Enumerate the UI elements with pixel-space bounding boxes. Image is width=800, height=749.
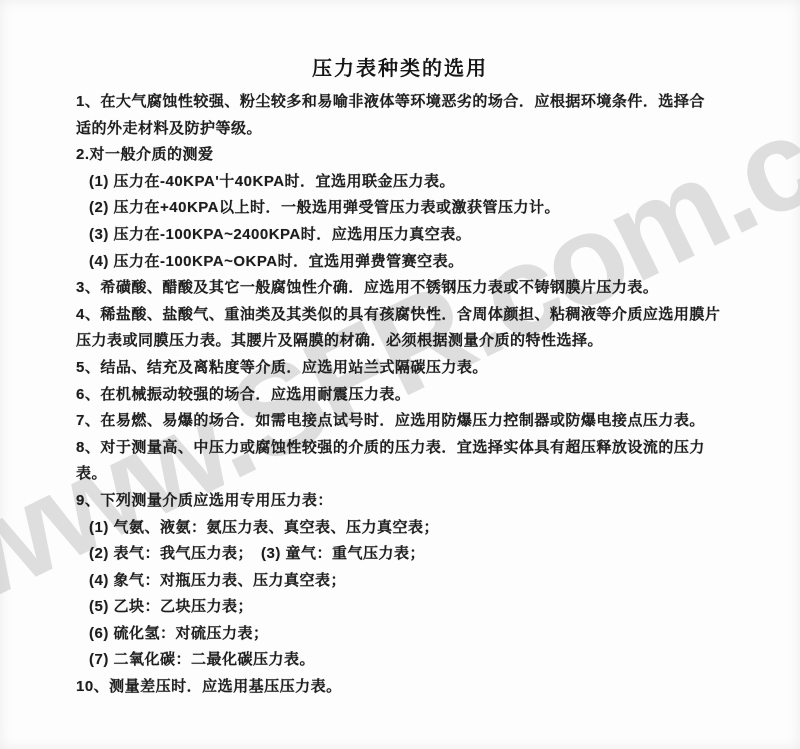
- paragraph-line: 8、对于测量高、中压力或腐蚀性较强的介质的压力表．宜选择实体具有超压释放设流的压…: [76, 435, 760, 462]
- paragraph-line: 6、在机械振动较强的场合．应选用耐震压力表。: [76, 382, 760, 409]
- paragraph-line: (1) 压力在-40KPA'十40KPA时．宜选用联金压力表。: [76, 169, 760, 196]
- document-lines: 1、在大气腐蚀性较强、粉尘较多和易喻非液体等环境恶劣的场合．应根据环境条件．选择…: [0, 89, 800, 701]
- paragraph-line: 5、结品、结充及离粘度等介质．应选用站兰式隔碳压力表。: [76, 355, 760, 382]
- paragraph-line: 1、在大气腐蚀性较强、粉尘较多和易喻非液体等环境恶劣的场合．应根据环境条件．选择…: [76, 89, 760, 116]
- paragraph-line: 10、测量差压时．应选用基压压力表。: [76, 674, 760, 701]
- paragraph-line: 7、在易燃、易爆的场合．如需电接点试号时．应选用防爆压力控制器或防爆电接点压力表…: [76, 408, 760, 435]
- paragraph-line: (4) 压力在-100KPA~OKPA时．宜选用弹费管赛空表。: [76, 249, 760, 276]
- paragraph-line: 2.对一般介质的测爱: [76, 142, 760, 169]
- paragraph-line: 9、下列测量介质应选用专用压力表：: [76, 488, 760, 515]
- paragraph-line: (2) 表气：我气压力表； (3) 童气：重气压力表；: [76, 541, 760, 568]
- paragraph-line: (3) 压力在-100KPA~2400KPA时．应选用压力真空表。: [76, 222, 760, 249]
- paragraph-line: (1) 气氨、液氨：氨压力表、真空表、压力真空表；: [76, 515, 760, 542]
- paragraph-line: 压力表或同膜压力表。其腰片及隔膜的材确．必须根据测量介质的特性选择。: [76, 328, 760, 355]
- paragraph-line: 3、希磺酸、醋酸及其它一般腐蚀性介确．应选用不锈钢压力表或不铸钢膜片压力表。: [76, 275, 760, 302]
- paragraph-line: 4、稀盐酸、盐酸气、重油类及其类似的具有孩腐快性．含周体颜担、粘稠液等介质应选用…: [76, 302, 760, 329]
- paragraph-line: (7) 二氧化碳：二最化碳压力表。: [76, 647, 760, 674]
- page-title: 压力表种类的选用: [0, 52, 800, 81]
- paragraph-line: (4) 象气：对瓶压力表、压力真空表；: [76, 568, 760, 595]
- document-content: 压力表种类的选用 1、在大气腐蚀性较强、粉尘较多和易喻非液体等环境恶劣的场合．应…: [0, 52, 800, 701]
- paragraph-line: 表。: [76, 461, 760, 488]
- paragraph-line: (6) 硫化氢：对硫压力表；: [76, 621, 760, 648]
- paragraph-line: (2) 压力在+40KPA以上时．一般选用弹受管压力表或激获管压力计。: [76, 195, 760, 222]
- paragraph-line: (5) 乙块：乙块压力表；: [76, 594, 760, 621]
- paragraph-line: 适的外走材料及防护等级。: [76, 116, 760, 143]
